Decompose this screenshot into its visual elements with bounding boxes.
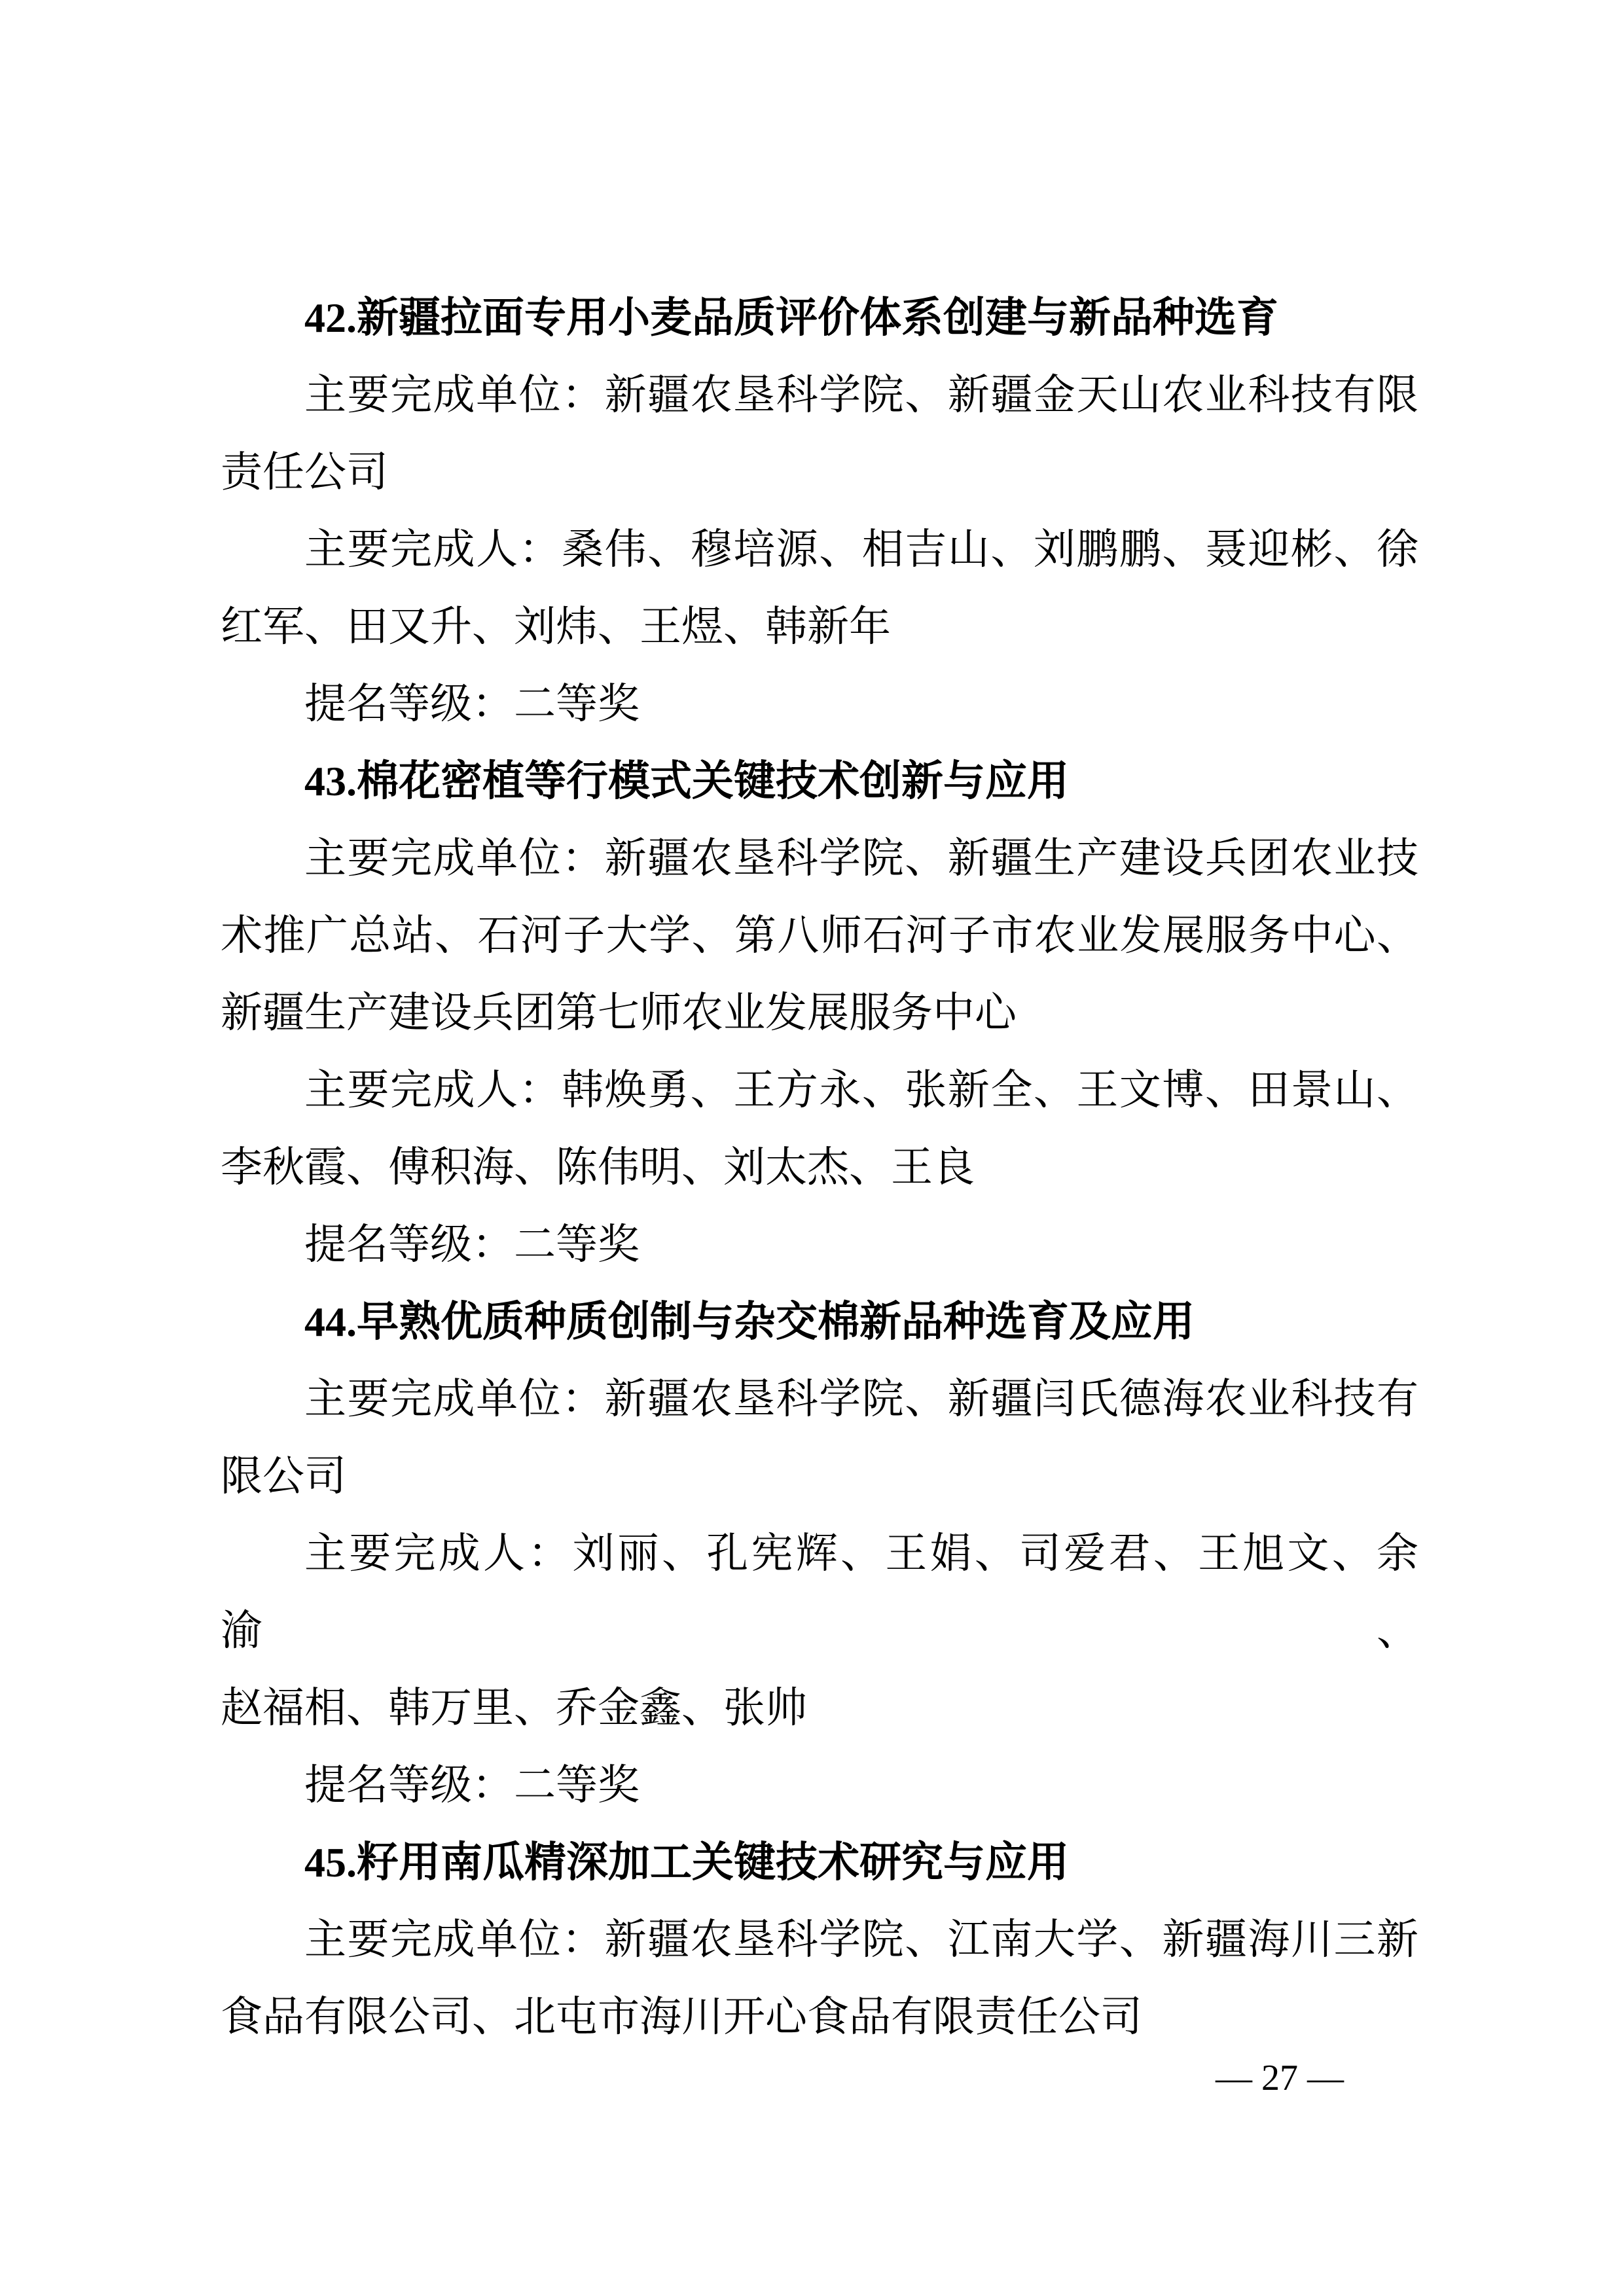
award-entry: 42.新疆拉面专用小麦品质评价体系创建与新品种选育主要完成单位：新疆农垦科学院、…	[221, 279, 1418, 743]
main-people-line: 红军、田又升、刘炜、王煜、韩新年	[221, 588, 1418, 666]
main-people-line: 主要完成人：刘丽、孔宪辉、王娟、司爱君、王旭文、余渝、	[221, 1515, 1418, 1670]
main-units-line: 责任公司	[221, 434, 1418, 511]
main-units-line: 食品有限公司、北屯市海川开心食品有限责任公司	[221, 1979, 1418, 2056]
entry-title-line: 44.早熟优质种质创制与杂交棉新品种选育及应用	[221, 1283, 1418, 1361]
main-units-line: 术推广总站、石河子大学、第八师石河子市农业发展服务中心、	[221, 897, 1418, 975]
document-body: 42.新疆拉面专用小麦品质评价体系创建与新品种选育主要完成单位：新疆农垦科学院、…	[221, 279, 1418, 2056]
main-people-line: 赵福相、韩万里、乔金鑫、张帅	[221, 1670, 1418, 1747]
main-people-line: 主要完成人：桑伟、穆培源、相吉山、刘鹏鹏、聂迎彬、徐	[221, 511, 1418, 588]
award-entry: 43.棉花密植等行模式关键技术创新与应用主要完成单位：新疆农垦科学院、新疆生产建…	[221, 743, 1418, 1283]
main-units-line: 主要完成单位：新疆农垦科学院、江南大学、新疆海川三新	[221, 1901, 1418, 1979]
main-people-line: 主要完成人：韩焕勇、王方永、张新全、王文博、田景山、	[221, 1052, 1418, 1129]
entry-title-line: 45.籽用南瓜精深加工关键技术研究与应用	[221, 1824, 1418, 1901]
main-units-line: 主要完成单位：新疆农垦科学院、新疆闫氏德海农业科技有	[221, 1361, 1418, 1438]
grade-line: 提名等级：二等奖	[221, 666, 1418, 743]
main-people-line: 李秋霞、傅积海、陈伟明、刘太杰、王良	[221, 1129, 1418, 1206]
main-units-line: 主要完成单位：新疆农垦科学院、新疆金天山农业科技有限	[221, 357, 1418, 434]
grade-line: 提名等级：二等奖	[221, 1206, 1418, 1283]
page-number: — 27 —	[1208, 2058, 1352, 2098]
main-units-line: 限公司	[221, 1438, 1418, 1515]
award-entry: 45.籽用南瓜精深加工关键技术研究与应用主要完成单位：新疆农垦科学院、江南大学、…	[221, 1824, 1418, 2056]
grade-line: 提名等级：二等奖	[221, 1747, 1418, 1824]
main-units-line: 新疆生产建设兵团第七师农业发展服务中心	[221, 975, 1418, 1052]
entry-title-line: 43.棉花密植等行模式关键技术创新与应用	[221, 743, 1418, 820]
award-entry: 44.早熟优质种质创制与杂交棉新品种选育及应用主要完成单位：新疆农垦科学院、新疆…	[221, 1283, 1418, 1824]
entry-title-line: 42.新疆拉面专用小麦品质评价体系创建与新品种选育	[221, 279, 1418, 357]
main-units-line: 主要完成单位：新疆农垦科学院、新疆生产建设兵团农业技	[221, 820, 1418, 897]
page: 42.新疆拉面专用小麦品质评价体系创建与新品种选育主要完成单位：新疆农垦科学院、…	[0, 0, 1624, 2296]
